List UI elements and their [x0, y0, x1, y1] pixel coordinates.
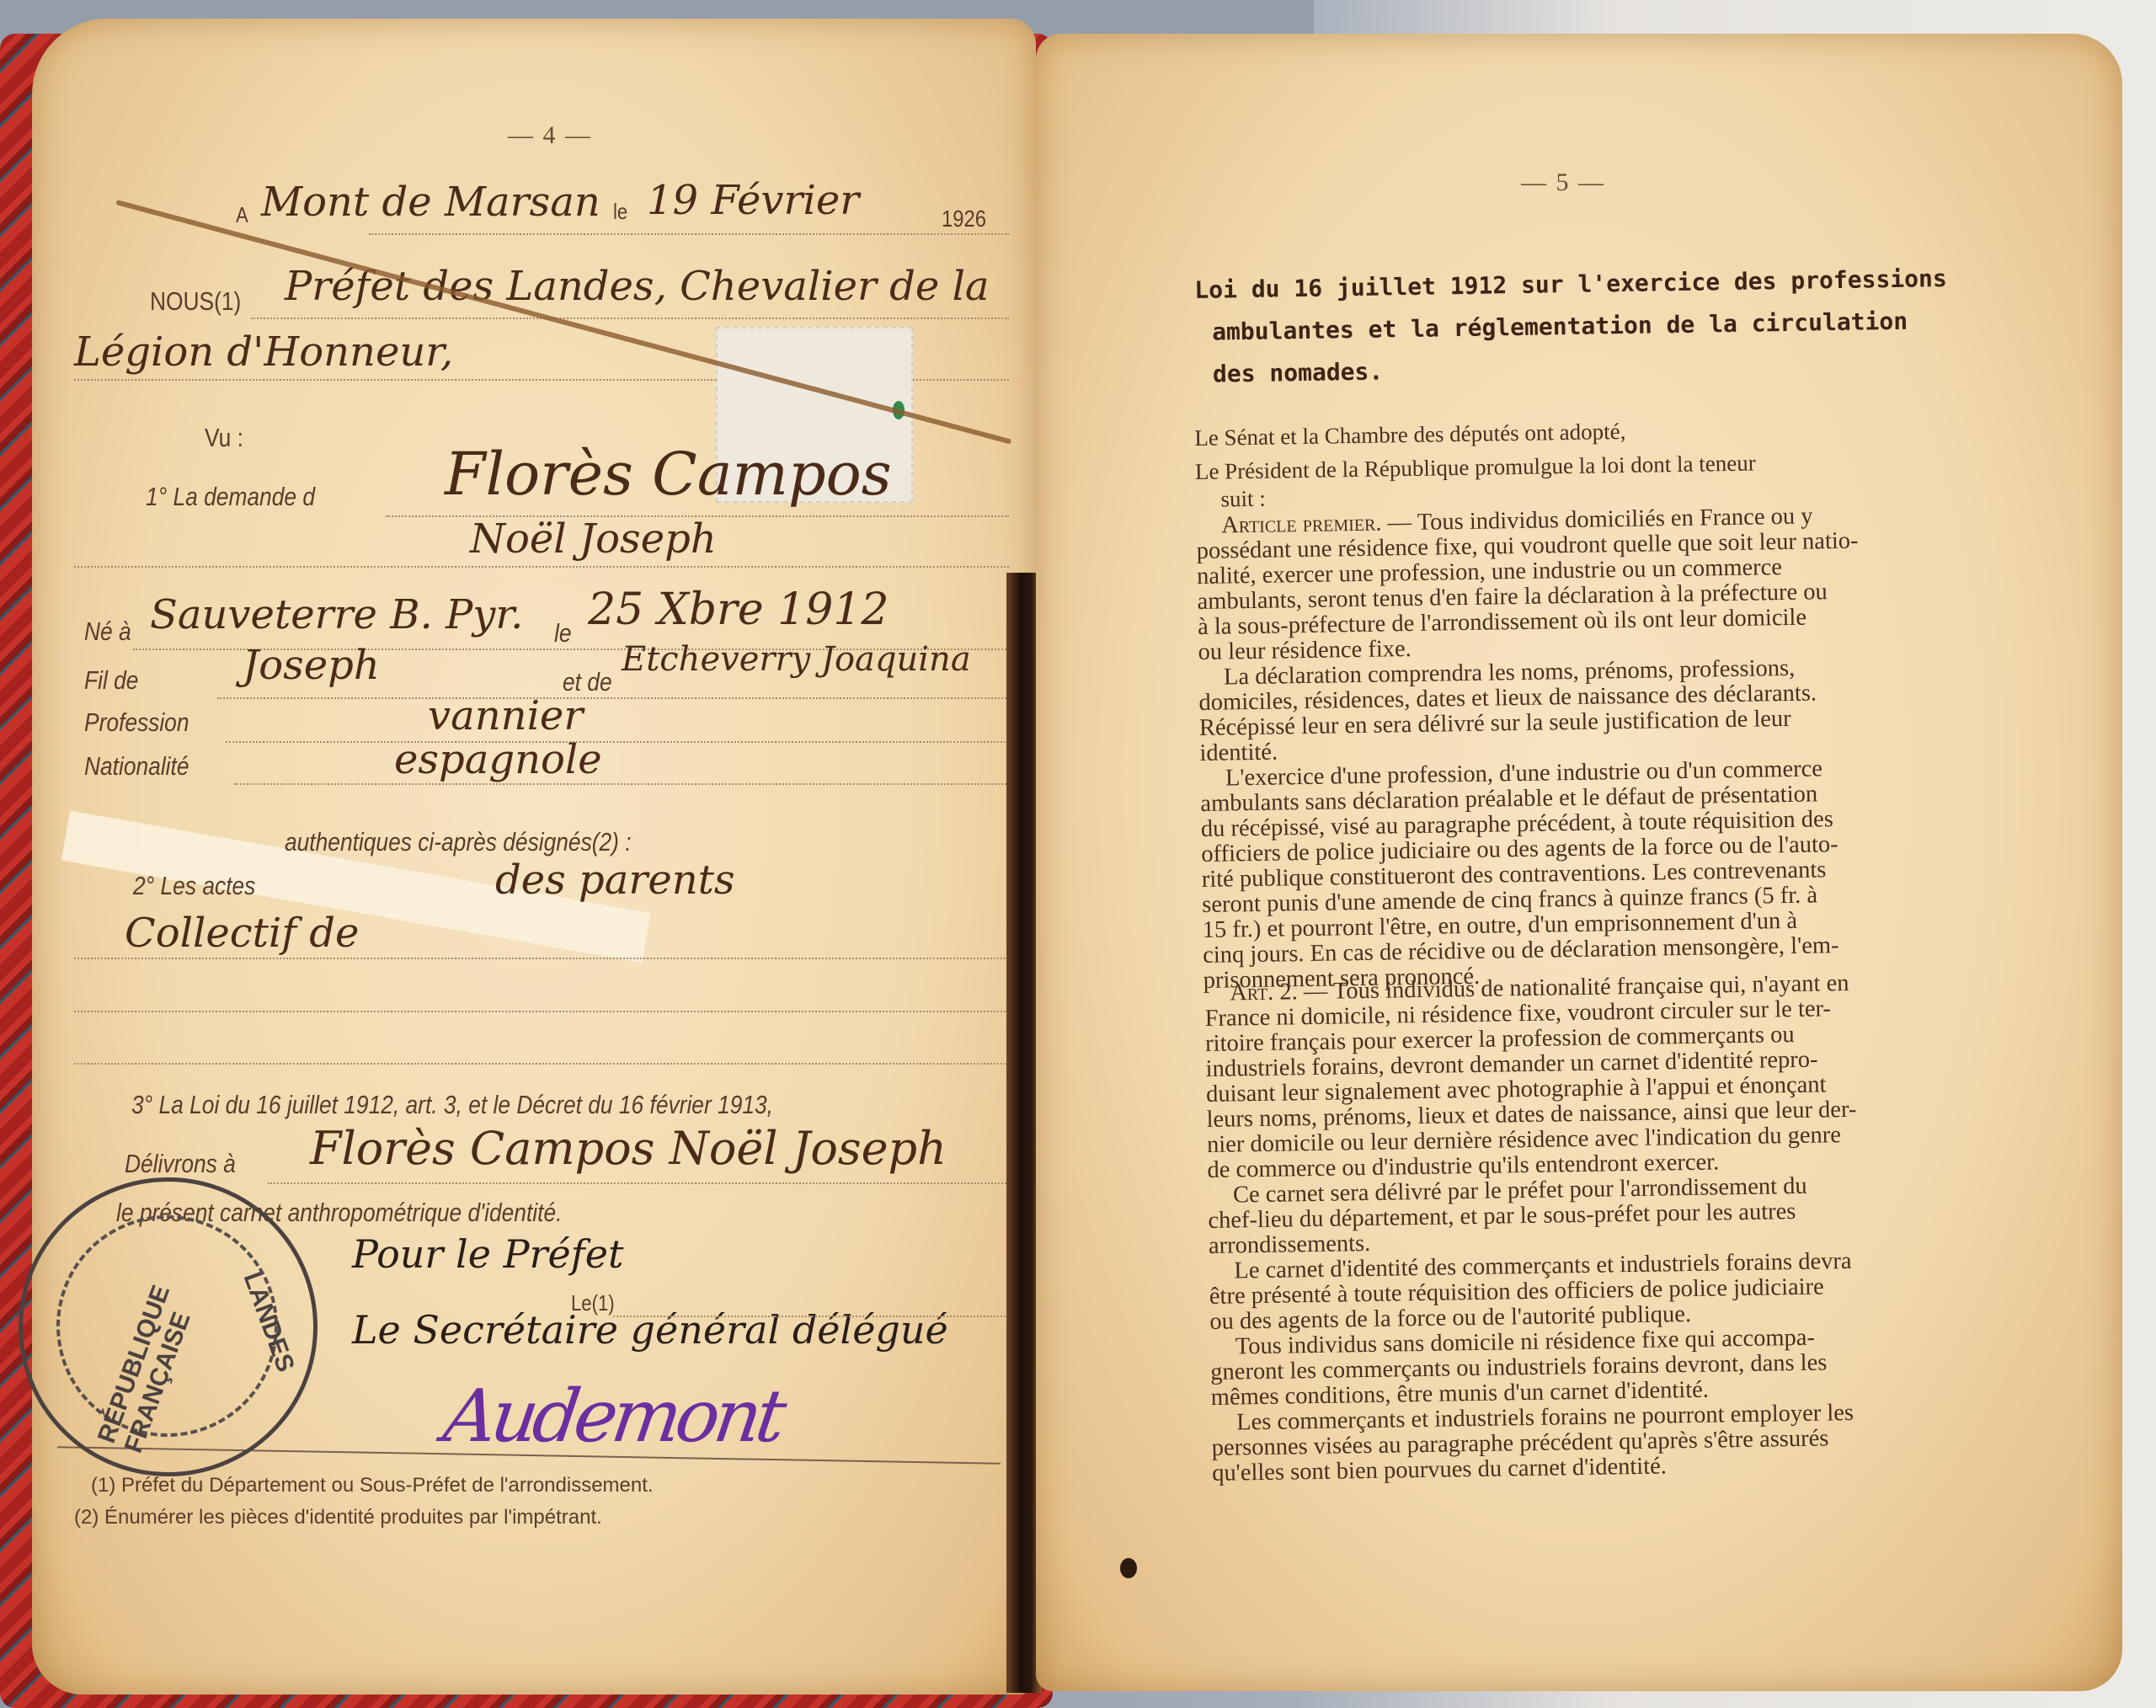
dotted-line	[74, 1011, 1009, 1012]
demande-value-line2: Noël Joseph	[470, 515, 717, 563]
demande-value-line1: Florès Campos	[445, 440, 892, 509]
article-2: Art. 2. — Tous individus de nationalité …	[1204, 971, 1862, 1486]
dotted-line	[217, 697, 1009, 699]
tear-line	[115, 200, 1011, 444]
page-number-left: — 4 —	[508, 121, 592, 150]
nous-label: NOUS(1)	[150, 286, 241, 317]
profession-label: Profession	[84, 707, 189, 738]
nous-value-line2: Légion d'Honneur,	[74, 328, 453, 376]
pour-le-prefet-stamp: Pour le Préfet	[352, 1231, 623, 1277]
actes-value-line1: des parents	[495, 857, 735, 904]
actes-label-part2: authentiques ci-après désignés(2) :	[285, 827, 632, 857]
secretaire-stamp: Le Secrétaire général délégué	[352, 1307, 948, 1353]
delivrons-label: Délivrons à	[125, 1149, 236, 1179]
mother-name: Etcheverry Joaquina	[622, 640, 971, 679]
birth-place: Sauveterre B. Pyr.	[150, 591, 523, 638]
article-1-heading: Article premier.	[1221, 510, 1382, 539]
place-prefix: A	[236, 202, 248, 228]
date-prefix: le	[613, 199, 627, 225]
ne-label: Né à	[84, 616, 131, 647]
birth-date: 25 Xbre 1912	[588, 584, 889, 635]
dotted-line	[226, 741, 1009, 743]
dotted-line	[234, 783, 1009, 785]
profession-value: vannier	[428, 692, 583, 739]
place-value: Mont de Marsan	[261, 179, 600, 226]
vu-label: Vu :	[205, 423, 243, 453]
dotted-line	[74, 958, 1009, 959]
signature: Audemont	[439, 1374, 787, 1459]
page-number-right: — 5 —	[1521, 168, 1605, 197]
dotted-line	[613, 1316, 1009, 1317]
father-name: Joseph	[243, 642, 380, 689]
actes-label-part1: 2° Les actes	[133, 871, 255, 901]
dotted-line	[74, 566, 1009, 568]
nationalite-label: Nationalité	[84, 751, 189, 782]
footnote-2: (2) Énumérer les pièces d'identité produ…	[74, 1506, 602, 1529]
right-page: — 5 — Loi du 16 juillet 1912 sur l'exerc…	[1036, 34, 2122, 1691]
nationalite-value: espagnole	[394, 736, 602, 783]
footnote-1: (1) Préfet du Département ou Sous-Préfet…	[91, 1474, 654, 1497]
loi-reference: 3° La Loi du 16 juillet 1912, art. 3, et…	[131, 1090, 773, 1120]
dotted-line	[74, 1063, 1009, 1065]
year-value: 1926	[942, 205, 986, 232]
prefecture-seal: RÉPUBLIQUE FRANÇAISE LANDES	[19, 1177, 318, 1476]
article-1: Article premier. — Tous individus domici…	[1196, 504, 1865, 994]
article-2-heading: Art. 2.	[1230, 979, 1298, 1006]
dotted-line	[369, 233, 1009, 235]
preamble: Le Sénat et la Chambre des députés ont a…	[1194, 413, 1756, 510]
law-title: Loi du 16 juillet 1912 sur l'exercice de…	[1194, 258, 1949, 396]
birth-date-label: le	[554, 618, 572, 649]
dotted-line	[268, 1182, 1009, 1184]
fils-label: Fil de	[84, 665, 138, 696]
dotted-line	[251, 318, 1009, 319]
nous-value-line1: Préfet des Landes, Chevalier de la	[285, 263, 990, 310]
date-value: 19 Février	[647, 177, 859, 224]
demande-label: 1° La demande d	[146, 482, 315, 512]
actes-value-line2: Collectif de	[125, 910, 359, 957]
ink-spot	[1120, 1558, 1137, 1578]
delivrons-value: Florès Campos Noël Joseph	[310, 1122, 947, 1175]
